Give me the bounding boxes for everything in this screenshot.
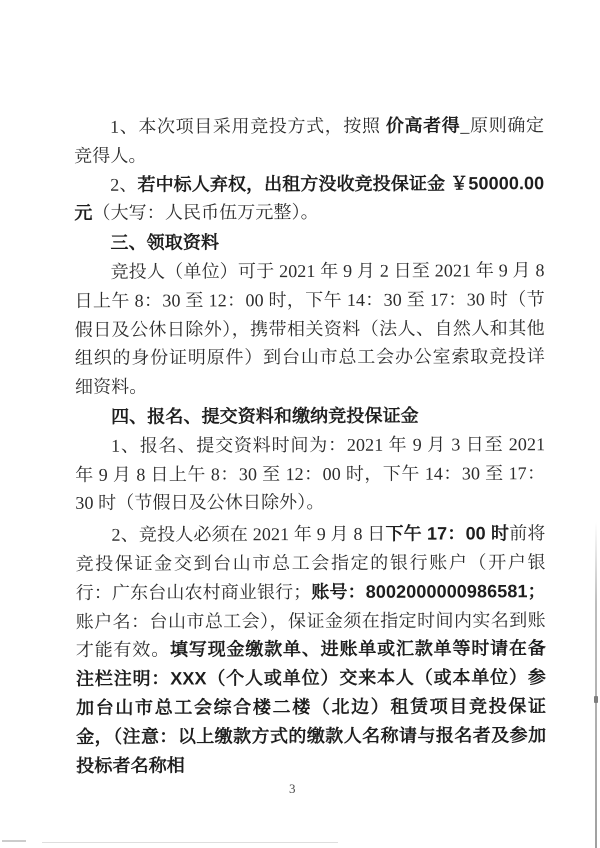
section-heading-registration-and-deposit: 四、报名、提交资料和缴纳竞投保证金 [75, 401, 545, 431]
paragraph-deposit-payment: 2、竞投人必须在 2021 年 9 月 8 日下午 17：00 时前将竞投保证金… [75, 519, 546, 780]
text-run: 2、 [110, 174, 137, 194]
paragraph-collect-details: 竞投人（单位）可于 2021 年 9 月 2 日至 2021 年 9 月 8 日… [75, 256, 545, 402]
scan-artifact-vertical-line [595, 522, 597, 848]
text-run: 2、竞投人必须在 2021 年 9 月 8 日 [111, 524, 385, 545]
scan-artifact-bottom-dash [2, 840, 26, 842]
paragraph-deposit-forfeit: 2、若中标人弃权，出租方没收竞投保证金 ￥50000.00 元（大写：人民币伍万… [74, 169, 544, 228]
text-run-bold-account-number: 账号：8002000000986581； [311, 581, 545, 602]
paragraph-registration-time: 1、报名、提交资料时间为：2021 年 9 月 3 日至 2021 年 9 月 … [75, 430, 545, 518]
document-page: 1、本次项目采用竞投方式，按照 价高者得_原则确定竞得人。 2、若中标人弃权，出… [0, 0, 600, 848]
scan-artifact-spot [594, 696, 598, 703]
text-run: 1、本次项目采用竞投方式，按照 [110, 116, 386, 137]
paragraph-bid-method: 1、本次项目采用竞投方式，按照 价高者得_原则确定竞得人。 [74, 111, 544, 170]
document-text: 1、本次项目采用竞投方式，按照 价高者得_原则确定竞得人。 2、若中标人弃权，出… [74, 111, 546, 780]
scan-artifact-bottom-line [42, 842, 338, 843]
text-run-bold-deadline: 下午 17：00 时 [385, 523, 509, 543]
section-heading-collect-materials: 三、领取资料 [74, 227, 544, 257]
text-run-bold-highest-bidder: 价高者得 [386, 115, 461, 135]
text-run: （大写：人民币伍万元整）。 [92, 202, 318, 223]
page-number: 3 [289, 781, 296, 797]
